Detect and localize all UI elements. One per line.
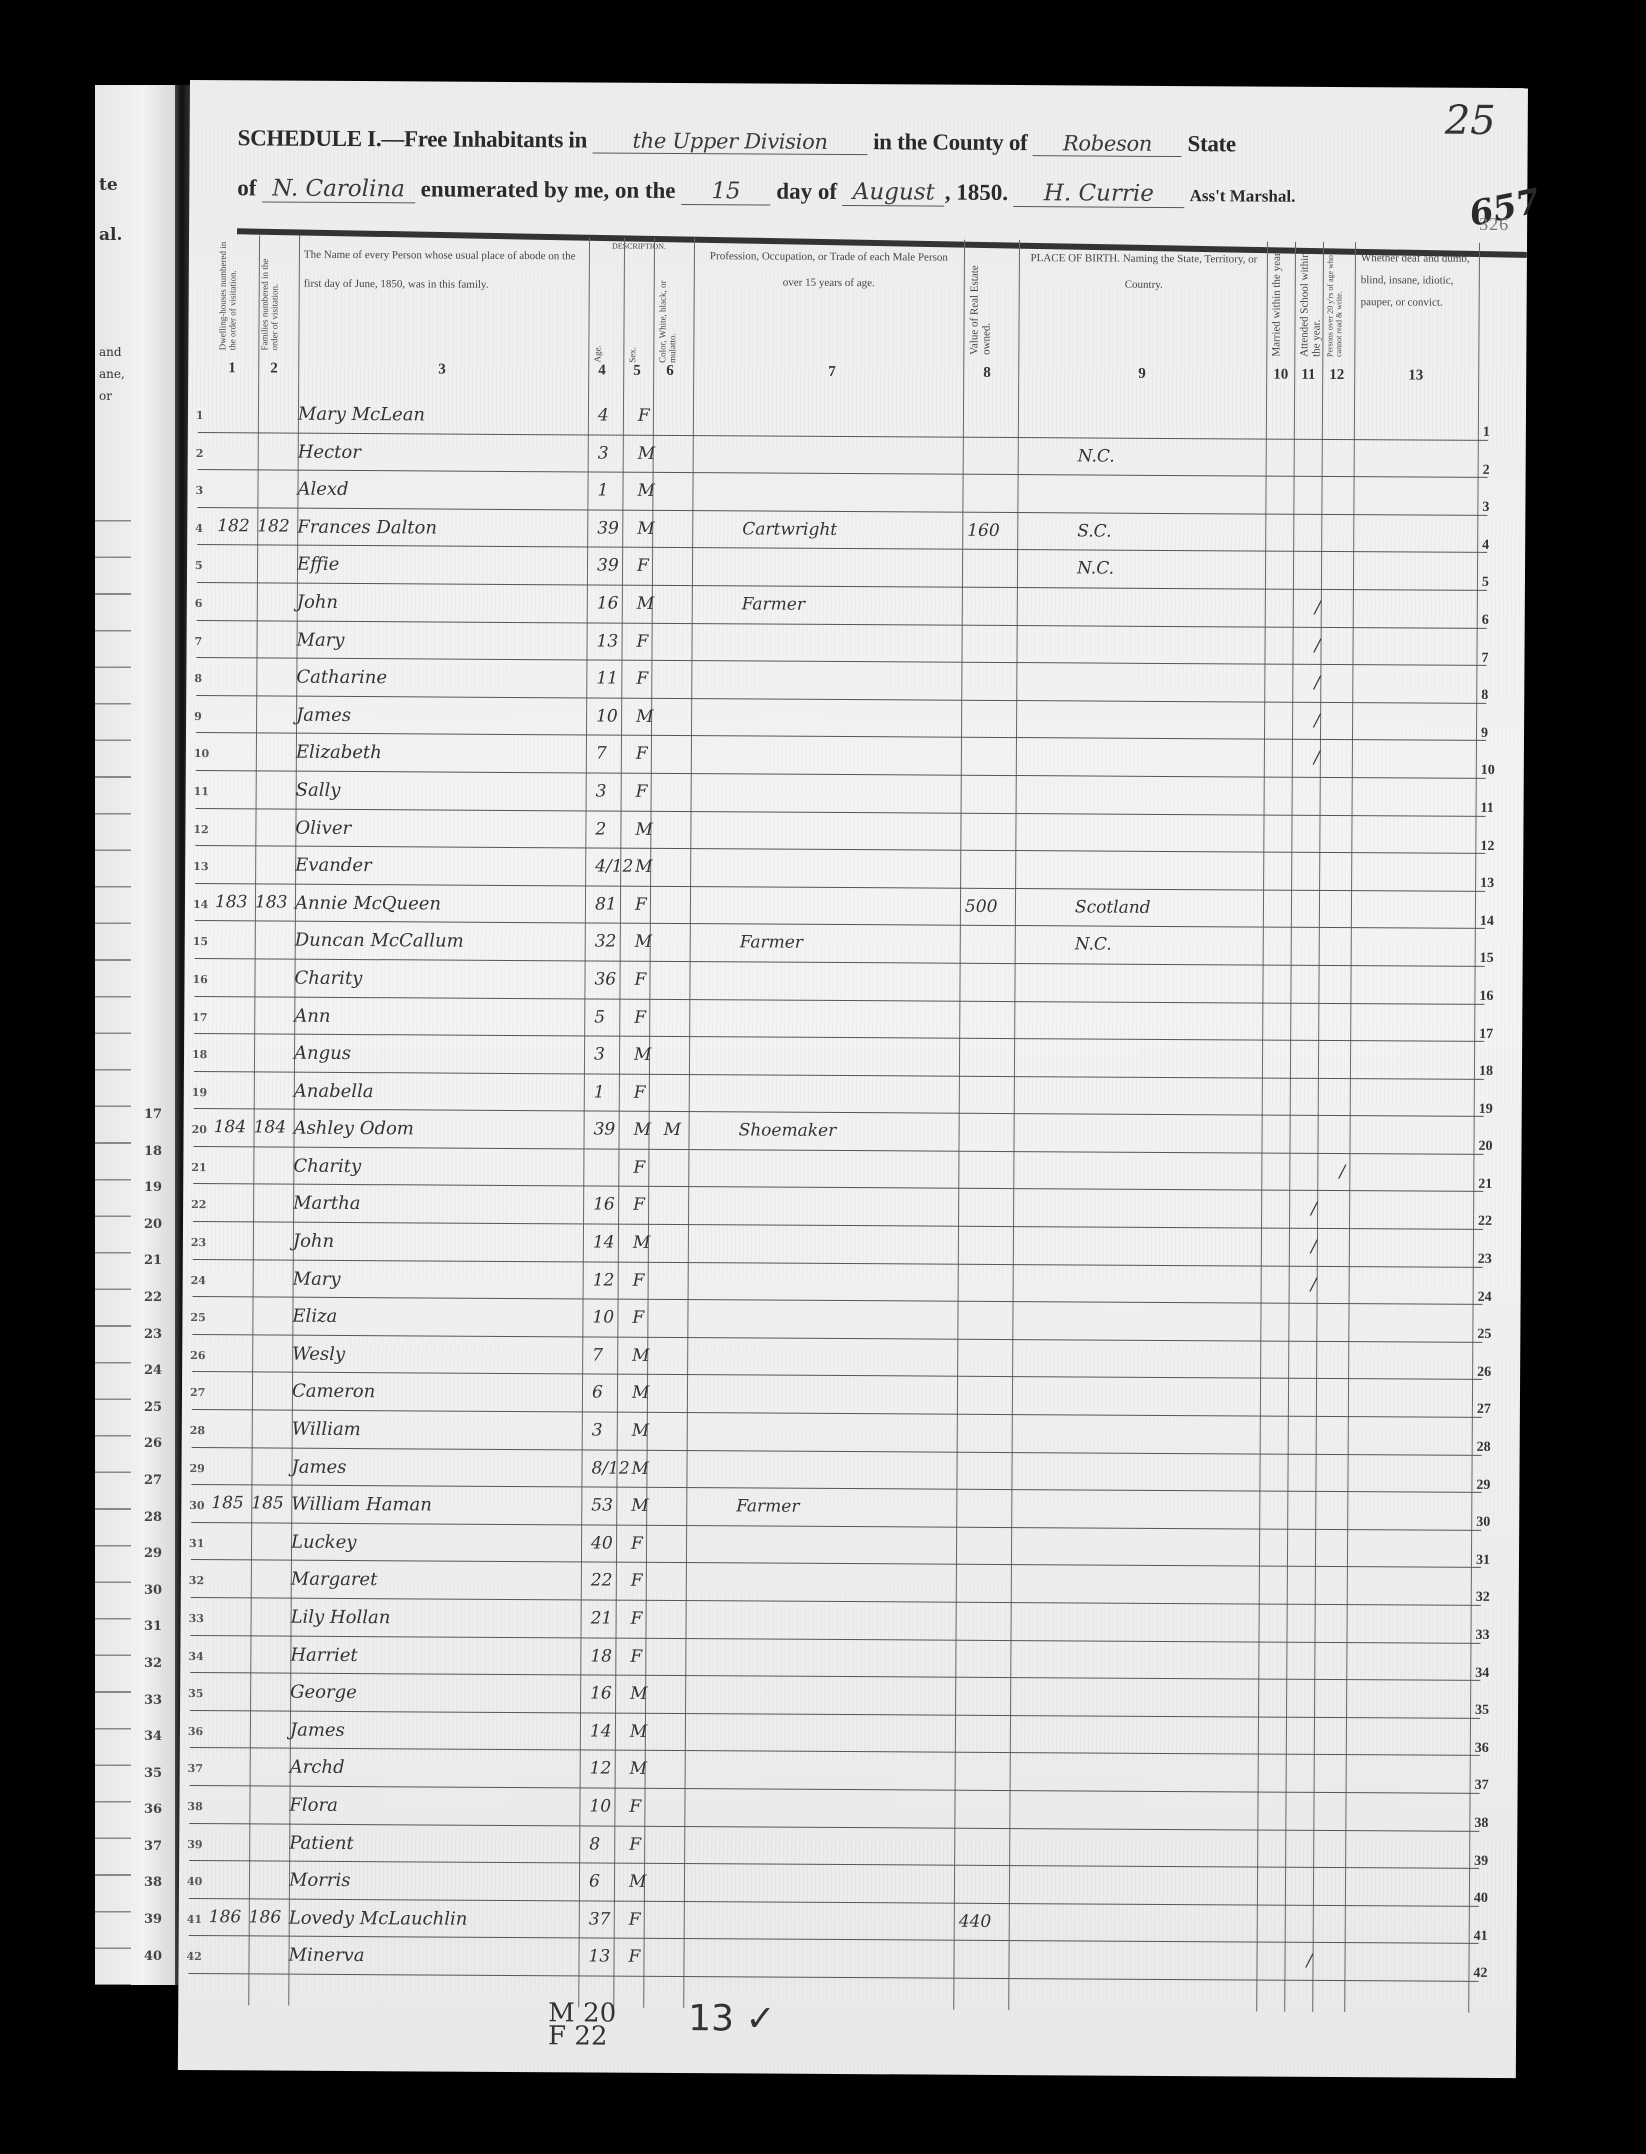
line-number-right: 28 [1477,1440,1491,1456]
prev-row-number: 24 [133,1353,173,1390]
person-sex: M [635,819,653,839]
person-sex: M [630,1684,648,1704]
illiterate-mark: / [1339,1162,1345,1182]
prev-row-number: 31 [133,1609,173,1646]
schedule-subtitle: of N. Carolina enumerated by me, on the … [237,175,1295,207]
line-number-left: 23 [191,1236,206,1249]
line-number-left: 13 [193,860,208,873]
person-occupation: Shoemaker [739,1121,837,1142]
person-sex: F [632,1308,644,1328]
col-header-married: Married within the year. [1270,247,1297,357]
col-header-birthplace: PLACE OF BIRTH. Naming the State, Territ… [1028,245,1259,356]
line-number-left: 35 [188,1687,203,1700]
person-age: 32 [595,932,617,952]
previous-page-edge: te al. and ane, or 171819202122232425262… [95,85,175,1985]
person-sex: M [632,1346,650,1366]
prev-row-number: 29 [133,1536,173,1573]
person-name: Mary McLean [298,404,425,426]
col-header-condition: Whether deaf and dumb, blind, insane, id… [1360,247,1481,358]
line-number-right: 2 [1483,462,1490,478]
day-of-label: day of [776,179,837,204]
line-number-right: 30 [1476,1515,1490,1531]
person-birthplace: Scotland [1075,897,1151,917]
line-number-left: 34 [188,1650,203,1663]
person-sex: F [631,1571,643,1591]
person-sex: F [638,406,650,426]
col-num: 2 [270,360,278,377]
person-name: Catharine [296,667,387,689]
person-age: 39 [594,1120,616,1140]
person-name: Harriet [290,1644,357,1665]
person-name: Charity [294,968,362,989]
line-number-left: 20 [192,1123,207,1136]
person-sex: M [631,1458,649,1478]
line-number-left: 31 [189,1537,204,1550]
line-number-right: 4 [1482,538,1489,554]
person-age: 5 [594,1007,605,1027]
person-age: 10 [596,706,618,726]
person-name: Charity [293,1156,361,1177]
person-name: William [292,1419,361,1440]
person-name: James [296,704,351,725]
line-number-left: 10 [194,747,209,760]
col-header-color: Color, White, black, or mulatto. [658,263,689,363]
line-number-left: 5 [195,559,203,572]
prev-row-number: 37 [133,1829,173,1866]
person-sex: F [629,1909,641,1929]
dwelling-number: 183 [215,892,248,912]
line-number-right: 33 [1475,1628,1489,1644]
prev-row-number: 36 [133,1792,173,1829]
col-header-age: Age. [593,272,619,362]
person-name: John [293,1231,334,1252]
line-number-left: 41 [187,1913,202,1926]
person-age: 8 [589,1834,600,1854]
line-number-right: 36 [1475,1741,1489,1757]
line-number-left: 11 [194,785,209,798]
line-number-right: 39 [1474,1853,1488,1869]
person-age: 36 [594,969,616,989]
person-age: 12 [590,1759,612,1779]
person-age: 21 [591,1608,613,1628]
person-age: 3 [592,1421,603,1441]
person-sex: M [634,1045,652,1065]
line-number-right: 34 [1475,1665,1489,1681]
line-number-right: 25 [1477,1327,1491,1343]
prev-fragment: or [99,389,112,403]
person-age: 53 [591,1496,613,1516]
person-age: 3 [594,1045,605,1065]
line-number-left: 2 [196,447,204,460]
person-age: 22 [591,1571,613,1591]
school-mark: / [1314,711,1320,731]
col-num: 1 [228,360,236,377]
person-age: 10 [589,1796,611,1816]
school-mark: / [1314,673,1320,693]
line-number-left: 39 [187,1838,202,1851]
line-number-right: 12 [1480,838,1494,854]
person-age: 81 [595,894,617,914]
person-age: 37 [589,1909,611,1929]
marshal-label: Ass't Marshal. [1190,186,1296,206]
prev-row-number: 33 [133,1683,173,1720]
dwelling-number: 184 [214,1117,247,1137]
person-sex: F [636,669,648,689]
line-number-left: 24 [191,1274,206,1287]
person-sex: M [633,1233,651,1253]
person-age: 10 [592,1308,614,1328]
page-number: 25 [1445,98,1496,144]
person-sex: M [638,443,656,463]
person-birthplace: N.C. [1078,446,1115,466]
line-number-right: 22 [1478,1214,1492,1230]
line-number-left: 19 [192,1086,207,1099]
person-age: 39 [597,556,619,576]
person-sex: F [633,1195,645,1215]
col-header-school: Attended School within the year. [1298,247,1325,357]
dwelling-number: 185 [211,1493,244,1513]
school-mark: / [1311,1275,1317,1295]
real-estate-value: 440 [959,1911,992,1931]
person-name: Elizabeth [296,742,382,764]
person-occupation: Farmer [736,1497,799,1517]
person-sex: F [629,1797,641,1817]
line-number-right: 5 [1482,575,1489,591]
dwelling-number: 182 [217,516,250,536]
prev-row-number: 40 [133,1939,173,1976]
person-name: Morris [289,1870,351,1891]
col-num: 3 [438,362,446,379]
prev-row-number: 28 [133,1500,173,1537]
state-label: State [1187,131,1235,156]
person-age: 16 [593,1195,615,1215]
col-header-sex: Sex. [628,273,654,363]
real-estate-value: 160 [967,521,1000,541]
division-field: the Upper Division [592,128,867,155]
family-number: 186 [249,1907,282,1927]
person-age: 13 [597,631,619,651]
line-number-left: 17 [192,1011,207,1024]
line-number-left: 15 [193,935,208,948]
line-number-right: 18 [1479,1064,1493,1080]
person-age: 4/12 [595,857,633,877]
person-sex: M [634,1120,652,1140]
person-sex: F [631,1609,643,1629]
school-mark: / [1311,1237,1317,1257]
person-name: Alexd [297,479,348,500]
line-number-right: 42 [1473,1966,1487,1982]
line-number-right: 21 [1478,1177,1492,1193]
prev-row-number: 26 [133,1426,173,1463]
stamp-number: 326 [1479,214,1509,235]
person-age: 12 [593,1270,615,1290]
person-birthplace: N.C. [1077,559,1114,579]
person-age: 40 [591,1533,613,1553]
person-age: 1 [597,481,608,501]
person-name: Wesly [292,1343,345,1364]
line-number-right: 6 [1482,613,1489,629]
line-number-left: 27 [190,1386,205,1399]
family-number: 184 [254,1118,287,1138]
col-num: 8 [983,365,991,382]
person-name: Sally [296,780,341,801]
person-name: Lovedy McLauchlin [289,1907,468,1929]
line-number-left: 40 [187,1875,202,1888]
county-label: in the County of [873,129,1027,155]
person-sex: F [633,1158,645,1178]
person-sex: F [635,894,647,914]
line-number-left: 8 [194,672,202,685]
line-number-left: 12 [193,823,208,836]
line-number-right: 31 [1476,1553,1490,1569]
line-number-left: 21 [191,1161,206,1174]
person-sex: M [630,1759,648,1779]
real-estate-value: 500 [965,896,998,916]
school-mark: / [1314,748,1320,768]
person-age: 7 [592,1345,603,1365]
census-page: 25 657 326 SCHEDULE I.—Free Inhabitants … [178,80,1528,2078]
person-name: Oliver [295,817,351,838]
census-rows: 1Mary McLean4F12Hector3MN.C.23Alexd1M341… [188,395,1488,1982]
person-sex: F [634,1007,646,1027]
person-name: Margaret [291,1569,378,1591]
person-age: 16 [590,1684,612,1704]
person-name: Mary [297,629,345,650]
of-label: of [237,175,256,200]
person-name: Patient [289,1832,354,1853]
person-birthplace: S.C. [1077,521,1111,541]
schedule-title: SCHEDULE I.—Free Inhabitants in the Uppe… [238,125,1236,157]
person-occupation: Cartwright [742,519,837,540]
line-number-left: 1 [196,409,204,422]
table-row: 42Minerva13F/42 [188,1936,1478,1981]
line-number-left: 36 [188,1725,203,1738]
month-field: August [843,179,945,207]
person-sex: F [637,631,649,651]
person-name: Annie McQueen [295,892,441,914]
line-number-right: 1 [1483,425,1490,441]
school-mark: / [1315,635,1321,655]
state-field: N. Carolina [262,175,415,203]
col-num: 11 [1301,367,1315,384]
line-number-right: 23 [1478,1252,1492,1268]
line-number-right: 29 [1476,1478,1490,1494]
line-number-left: 16 [192,973,207,986]
school-mark: / [1315,598,1321,618]
person-name: Eliza [292,1306,337,1327]
person-age: 11 [596,669,618,689]
col-header-name: The Name of every Person whose usual pla… [303,241,584,353]
line-number-right: 9 [1481,726,1488,742]
line-number-right: 40 [1474,1891,1488,1907]
person-occupation: Farmer [742,594,805,614]
line-number-right: 15 [1480,951,1494,967]
line-number-right: 16 [1479,989,1493,1005]
person-sex: F [633,1270,645,1290]
line-number-left: 18 [192,1048,207,1061]
line-number-left: 9 [194,710,202,723]
person-sex: M [629,1872,647,1892]
line-number-right: 10 [1481,763,1495,779]
line-number-right: 20 [1478,1139,1492,1155]
line-number-left: 4 [195,522,203,535]
person-occupation: Farmer [740,933,803,953]
line-number-right: 14 [1480,914,1494,930]
person-name: Luckey [291,1531,356,1552]
line-number-right: 24 [1478,1290,1492,1306]
person-age: 13 [588,1947,610,1967]
prev-row-number: 30 [133,1573,173,1610]
prev-fragment: and [99,345,122,359]
line-number-left: 30 [189,1499,204,1512]
person-sex: M [631,1496,649,1516]
person-sex: F [634,1082,646,1102]
person-sex: F [629,1834,641,1854]
family-number: 182 [257,516,290,536]
person-color: M [664,1120,682,1140]
person-sex: F [630,1646,642,1666]
person-age: 8/12 [591,1458,629,1478]
person-name: Anabella [294,1080,374,1101]
col-num: 5 [633,363,641,380]
person-name: Hector [298,441,361,462]
col-header-real-estate: Value of Real Estate owned. [968,245,1009,355]
person-sex: M [637,594,655,614]
person-sex: M [636,706,654,726]
line-number-right: 41 [1474,1929,1488,1945]
line-number-left: 38 [187,1800,202,1813]
prev-fragment: al. [99,225,122,245]
person-age: 4 [598,405,609,425]
person-name: Lily Hollan [291,1607,391,1629]
col-num: 9 [1138,366,1146,383]
person-name: John [297,592,338,613]
person-name: Ann [294,1005,330,1026]
person-name: George [290,1682,357,1703]
day-field: 15 [681,178,770,206]
person-name: James [290,1719,345,1740]
schedule-label: SCHEDULE I.—Free Inhabitants in [238,125,588,152]
prev-row-number: 17 [133,1097,173,1134]
prev-row-number: 39 [133,1902,173,1939]
person-age: 18 [590,1646,612,1666]
line-number-left: 3 [195,484,203,497]
prev-row-number: 19 [133,1170,173,1207]
line-number-right: 26 [1477,1365,1491,1381]
person-age: 14 [590,1721,612,1741]
col-num: 13 [1408,367,1423,384]
prev-row-number: 35 [133,1756,173,1793]
prev-row-number: 21 [133,1243,173,1280]
tally-female: F 22 [548,2026,616,2050]
person-age: 14 [593,1233,615,1253]
prev-row-number: 23 [133,1317,173,1354]
line-number-left: 37 [188,1762,203,1775]
person-sex: F [628,1947,640,1967]
person-name: William Haman [291,1494,432,1516]
person-name: Archd [290,1757,345,1778]
person-sex: M [632,1421,650,1441]
person-sex: M [635,932,653,952]
marshal-field: H. Currie [1014,180,1184,208]
prev-row-number: 38 [133,1865,173,1902]
year-label: , 1850. [945,180,1008,205]
col-header-occupation: Profession, Occupation, or Trade of each… [698,243,959,355]
prev-row-number: 27 [133,1463,173,1500]
line-number-left: 14 [193,898,208,911]
line-number-left: 42 [186,1950,201,1963]
col-header-dwelling: Dwelling-houses numbered in the order of… [218,240,259,350]
col-num: 12 [1329,367,1344,384]
person-sex: M [637,481,655,501]
person-sex: M [630,1721,648,1741]
person-sex: M [632,1383,650,1403]
person-age: 3 [596,781,607,801]
col-num: 6 [666,363,674,380]
family-number: 183 [255,892,288,912]
county-field: Robeson [1033,131,1182,157]
person-name: Effie [297,554,339,575]
prev-row-number: 32 [133,1646,173,1683]
person-name: Evander [295,855,372,876]
line-number-left: 22 [191,1198,206,1211]
footer-tally: M 20 F 22 [548,2002,616,2049]
col-num: 7 [828,364,836,381]
person-age: 3 [598,443,609,463]
line-number-left: 32 [189,1574,204,1587]
line-number-right: 13 [1480,876,1494,892]
person-name: Frances Dalton [297,516,437,538]
prev-fragment: ane, [99,367,125,381]
line-number-right: 27 [1477,1402,1491,1418]
person-name: Minerva [288,1945,364,1966]
person-age: 16 [597,593,619,613]
person-name: Cameron [292,1381,375,1403]
prev-row-number: 25 [133,1390,173,1427]
person-sex: F [637,556,649,576]
line-number-right: 38 [1474,1816,1488,1832]
line-number-left: 25 [190,1311,205,1324]
enumerated-label: enumerated by me, on the [421,176,676,203]
person-sex: F [636,782,648,802]
col-num: 4 [598,362,606,379]
line-number-left: 33 [189,1612,204,1625]
person-sex: M [635,857,653,877]
person-age: 6 [589,1872,600,1892]
line-number-right: 17 [1479,1026,1493,1042]
person-name: Duncan McCallum [295,930,464,952]
person-age: 7 [596,744,607,764]
person-sex: F [631,1534,643,1554]
person-name: James [291,1456,346,1477]
person-name: Martha [293,1193,360,1214]
col-header-family: Families numbered in the order of visita… [260,240,301,350]
line-number-right: 35 [1475,1703,1489,1719]
line-number-left: 7 [195,635,203,648]
person-sex: M [637,519,655,539]
person-name: Mary [293,1268,341,1289]
col-header-illiterate: Persons over 20 y'rs of age who cannot r… [1326,247,1353,357]
person-name: Ashley Odom [294,1118,414,1140]
line-number-right: 37 [1475,1778,1489,1794]
person-name: Flora [289,1795,338,1816]
prev-fragment: te [99,175,118,195]
prev-row-number: 20 [133,1207,173,1244]
dwelling-number: 186 [209,1907,242,1927]
prev-row-numbers: 1718192021222324252627282930313233343536… [133,1097,173,1975]
person-age: 1 [594,1082,605,1102]
line-number-left: 29 [189,1462,204,1475]
